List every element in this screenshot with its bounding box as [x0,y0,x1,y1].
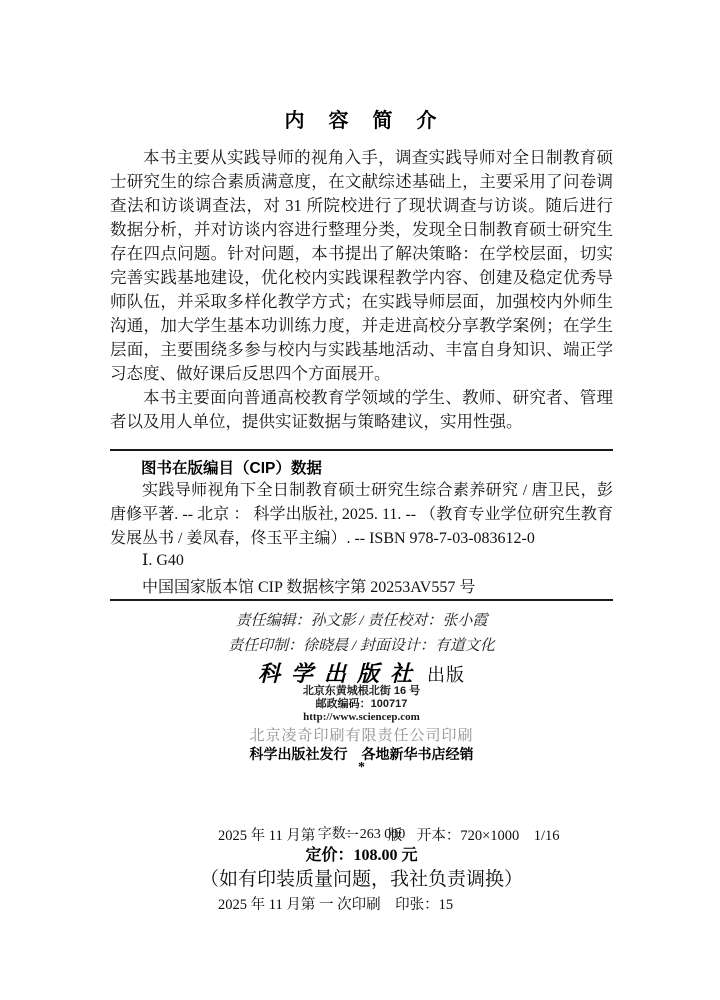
printer-line: 北京凌奇印刷有限责任公司印刷 [110,724,613,745]
printing-line: 2025 年 11 月第 一 次印刷 印张：15 [218,894,560,917]
cip-record-text: 实践导师视角下全日制教育硕士研究生综合素养研究 / 唐卫民，彭唐修平著. -- … [110,479,613,551]
cip-classification: Ⅰ. G40 [110,550,645,570]
abstract-paragraph-2: 本书主要面向普通高校教育学领域的学生、教师、研究者、管理者以及用人单位，提供实证… [110,386,613,434]
publisher-address-block: 北京东黄城根北街 16 号 邮政编码：100717 http://www.sci… [110,685,613,724]
exchange-note: （如有印装质量问题，我社负责调换） [110,864,613,891]
cip-top-rule [110,449,613,451]
cip-registry-number: 中国国家版本馆 CIP 数据核字第 20253AV557 号 [110,574,645,597]
star-separator: * [110,760,613,776]
staff-credits: 责任编辑：孙文影 / 责任校对：张小霞 责任印制：徐晓晨 / 封面设计：有道文化 [110,609,613,659]
publisher-line: 科学出版社 出版 [110,657,613,688]
publisher-postcode: 邮政编码：100717 [110,698,613,711]
page-title: 内 容 简 介 [110,104,613,133]
word-count: 字数：263 000 [110,823,613,843]
cip-heading: 图书在版编目（CIP）数据 [110,456,644,478]
staff-editors-line: 责任编辑：孙文影 / 责任校对：张小霞 [110,609,613,634]
publisher-street-address: 北京东黄城根北街 16 号 [110,685,613,698]
publisher-url: http://www.sciencep.com [110,711,613,724]
staff-print-design-line: 责任印制：徐晓晨 / 封面设计：有道文化 [110,634,613,659]
book-abstract: 本书主要从实践导师的视角入手，调查实践导师对全日制教育硕士研究生的综合素质满意度… [110,146,613,434]
publisher-suffix: 出版 [427,665,465,685]
cip-bottom-rule [110,599,613,601]
copyright-page: 内 容 简 介 本书主要从实践导师的视角入手，调查实践导师对全日制教育硕士研究生… [0,0,720,1000]
price: 定价：108.00 元 [110,842,613,865]
science-press-logo: 科学出版社 [258,661,423,686]
cip-record: 实践导师视角下全日制教育硕士研究生综合素养研究 / 唐卫民，彭唐修平著. -- … [110,479,613,551]
abstract-paragraph-1: 本书主要从实践导师的视角入手，调查实践导师对全日制教育硕士研究生的综合素质满意度… [110,146,613,386]
